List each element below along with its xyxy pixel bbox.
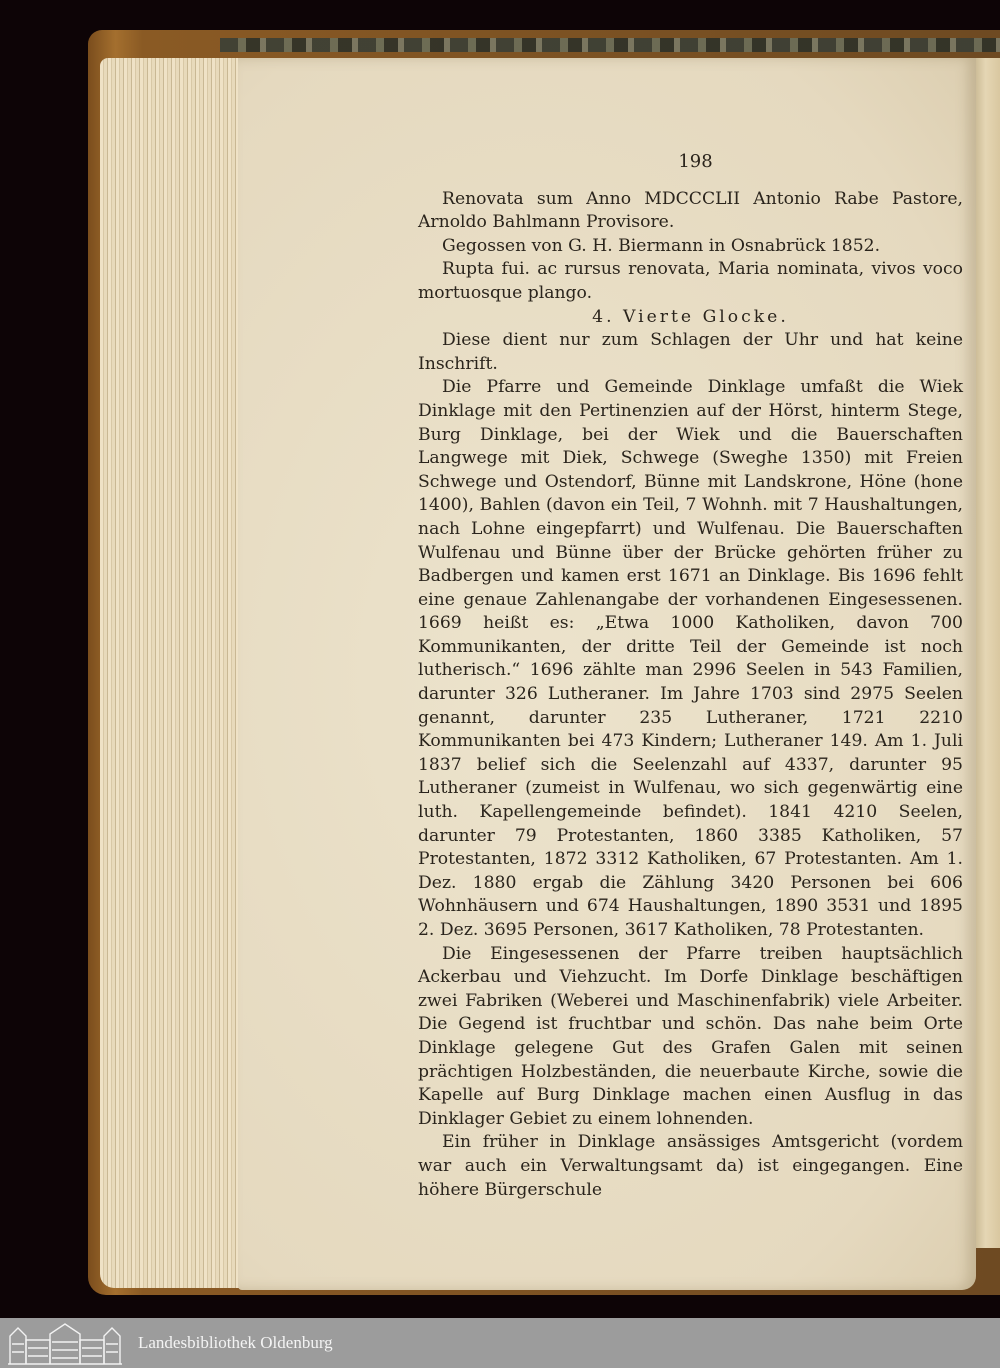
facing-page-edge [976,58,1000,1248]
body-paragraph: Die Eingesessenen der Pfarre treiben hau… [418,943,963,1132]
inscription-paragraph-2: Rupta fui. ac rursus renovata, Maria nom… [418,258,963,305]
footer-bar: Landesbibliothek Oldenburg [0,1318,1000,1368]
page-text: 198 Renovata sum Anno MDCCCLII Antonio R… [418,150,963,1202]
section-heading: 4. Vierte Glocke. [418,306,963,330]
page-number: 198 [428,150,963,174]
book-headband [220,38,1000,52]
foundry-paragraph: Gegossen von G. H. Biermann in Osnabrück… [418,235,963,259]
page-stack-edge [100,58,240,1288]
library-building-icon [6,1320,124,1366]
body-paragraph: Ein früher in Dinklage ansässiges Amtsge… [418,1131,963,1202]
body-paragraph: Diese dient nur zum Schlagen der Uhr und… [418,329,963,376]
inscription-paragraph: Renovata sum Anno MDCCCLII Antonio Rabe … [418,188,963,235]
library-name: Landesbibliothek Oldenburg [138,1333,333,1353]
body-paragraph: Die Pfarre und Gemeinde Dinklage umfaßt … [418,376,963,942]
